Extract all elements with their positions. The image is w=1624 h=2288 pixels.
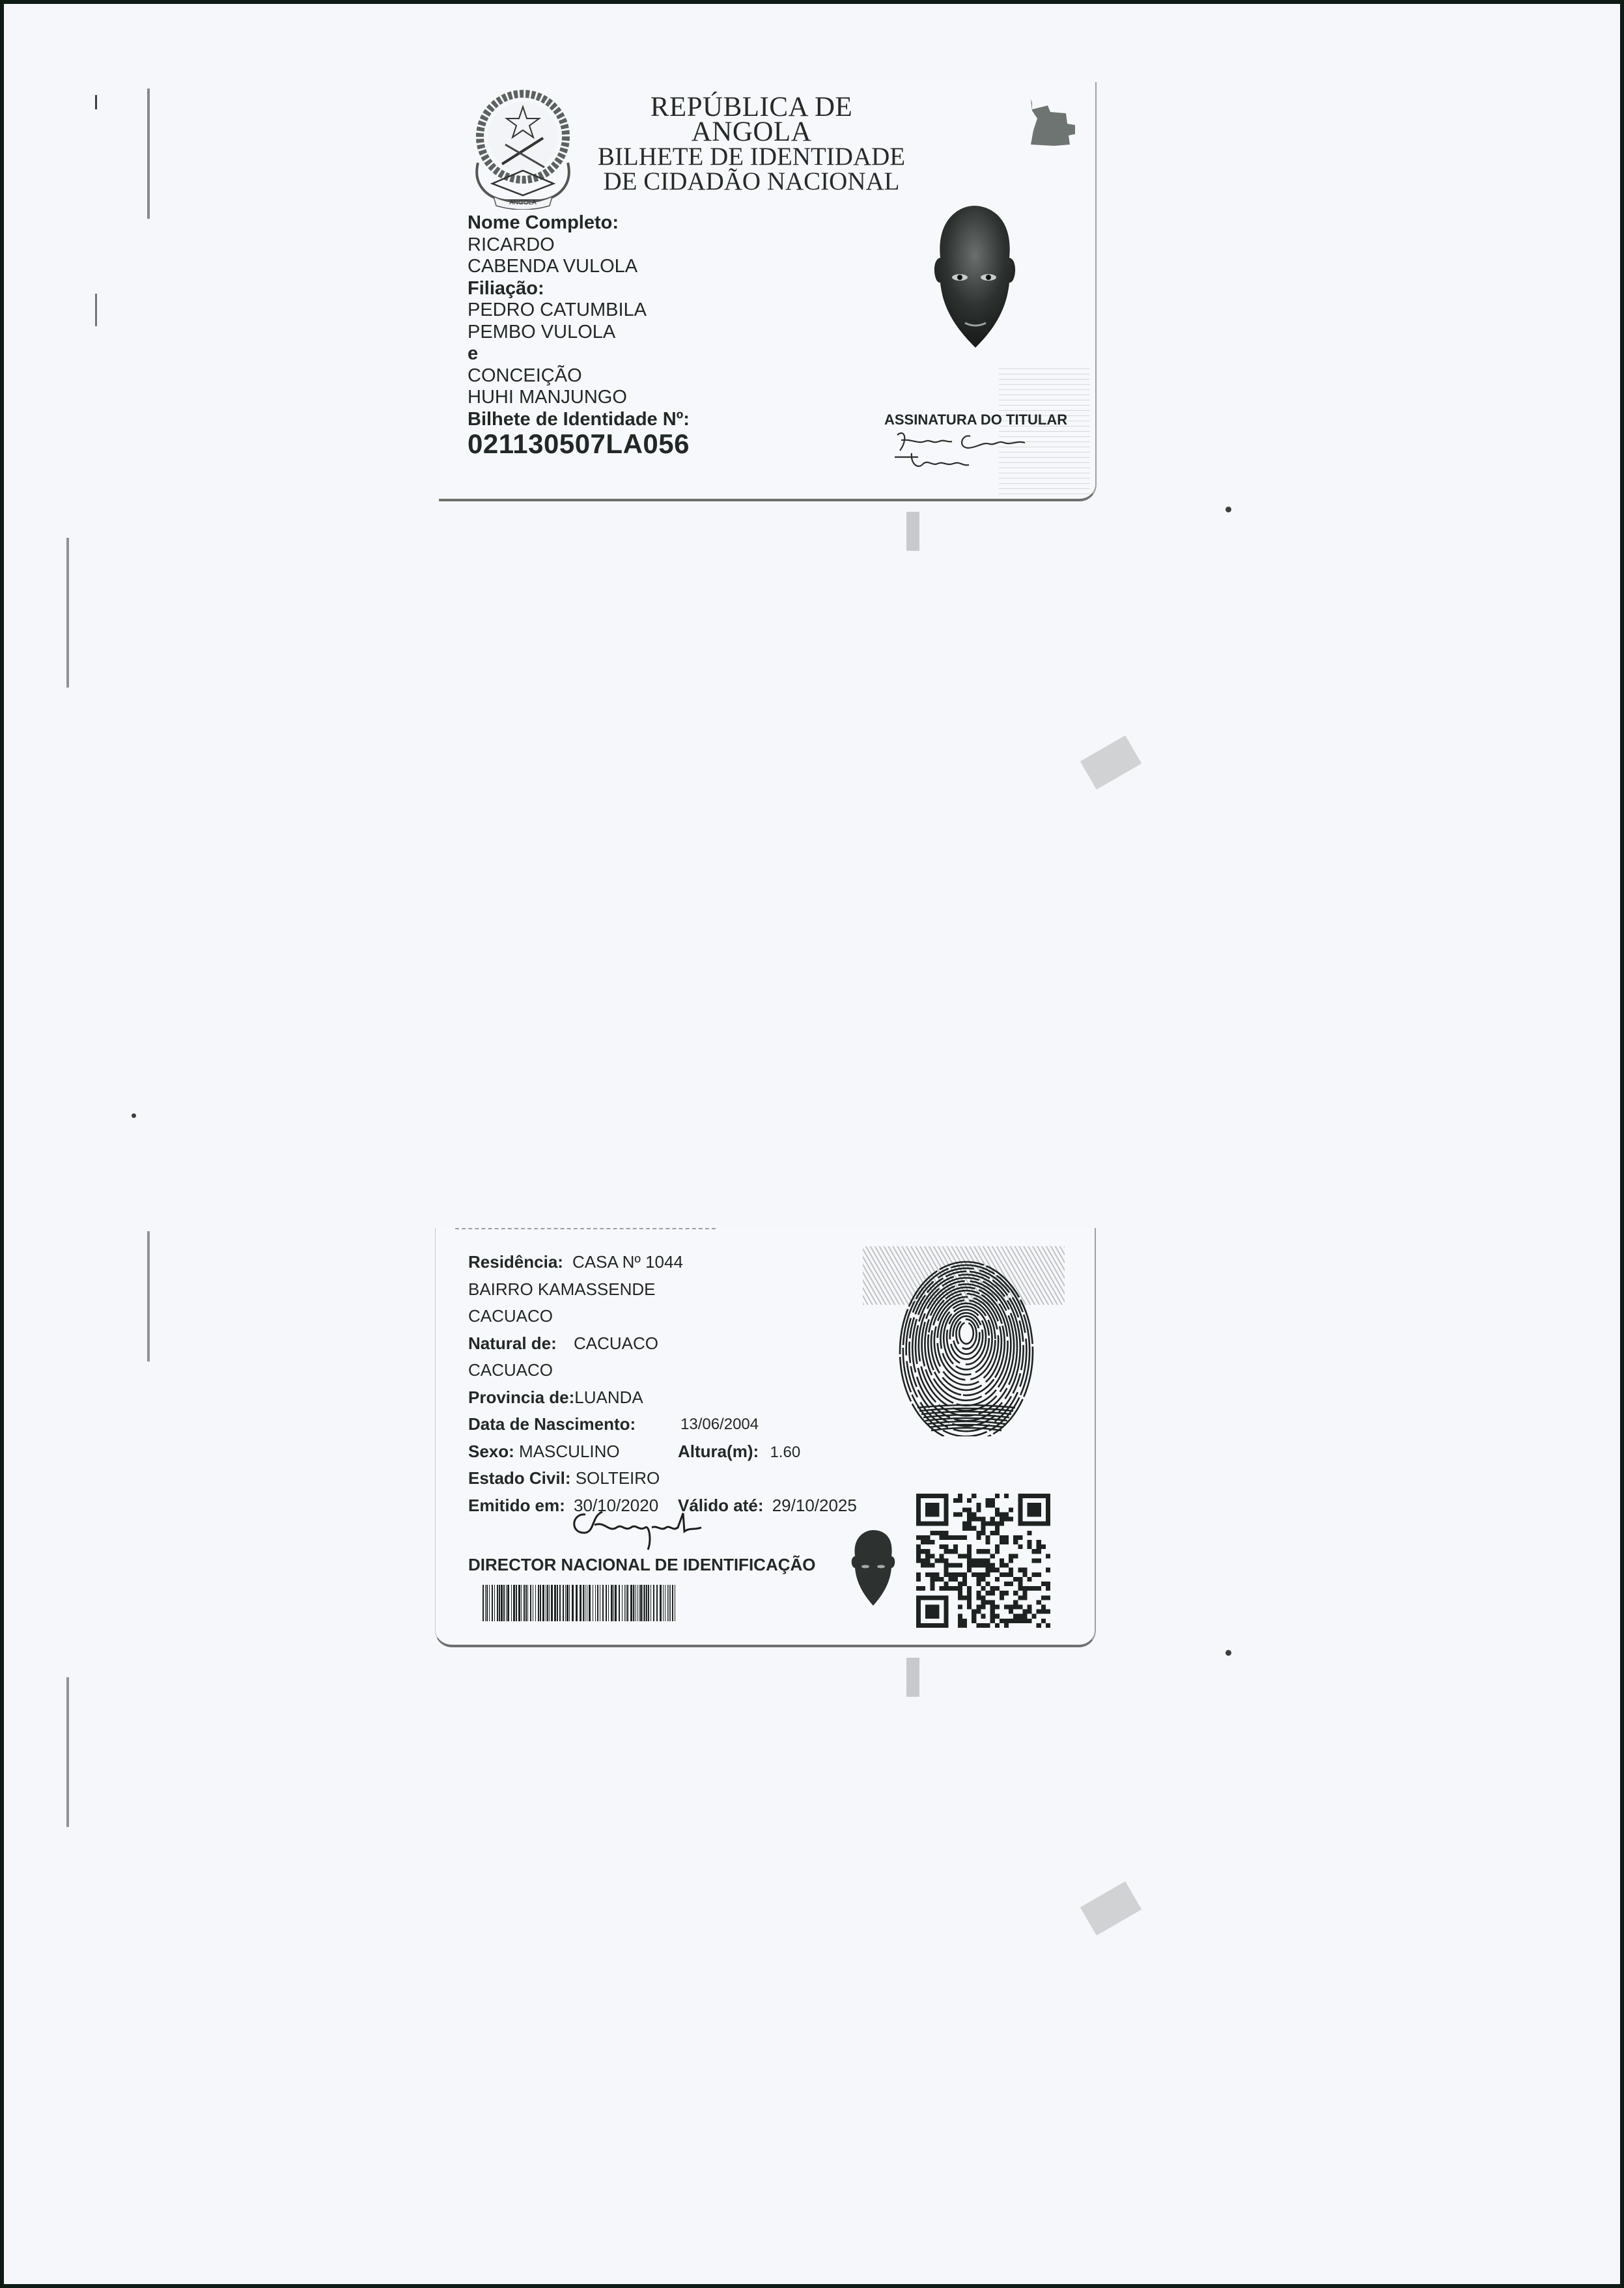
residence-line1: CASA Nº 1044 bbox=[572, 1249, 683, 1276]
director-title: DIRECTOR NACIONAL DE IDENTIFICAÇÃO bbox=[468, 1555, 816, 1575]
birthplace-label: Natural de: bbox=[468, 1333, 557, 1353]
province-row: Provincia de:LUANDA bbox=[468, 1384, 660, 1412]
scan-noise bbox=[132, 1113, 136, 1118]
scan-noise bbox=[66, 538, 69, 688]
civil-status-value: SOLTEIRO bbox=[576, 1468, 660, 1488]
scan-noise bbox=[906, 1658, 919, 1697]
province-value: LUANDA bbox=[574, 1388, 643, 1407]
scan-noise bbox=[1225, 507, 1231, 512]
id-number-label: Bilhete de Identidade Nº: bbox=[468, 409, 690, 431]
sex-height-row: Sexo: MASCULINO Altura(m): 1.60 bbox=[468, 1438, 660, 1466]
scan-noise bbox=[147, 89, 150, 219]
scanned-page: ANGOLA REPÚBLICA DE ANGOLA BILHETE DE ID… bbox=[4, 4, 1620, 2284]
full-name-label: Nome Completo: bbox=[468, 212, 690, 234]
birthplace-line2: CACUACO bbox=[468, 1360, 553, 1380]
barcode bbox=[483, 1585, 675, 1621]
sex-label: Sexo: bbox=[468, 1442, 514, 1461]
height-group: Altura(m): 1.60 bbox=[678, 1438, 800, 1466]
dob-label: Data de Nascimento: bbox=[468, 1414, 636, 1434]
card-edge bbox=[455, 1228, 716, 1231]
card-header: REPÚBLICA DE ANGOLA BILHETE DE IDENTIDAD… bbox=[589, 95, 914, 194]
holder-mini-portrait bbox=[846, 1528, 899, 1608]
holder-back-details: Residência: CASA Nº 1044 BAIRRO KAMASSEN… bbox=[468, 1249, 660, 1519]
parentage-conjunction: e bbox=[468, 343, 690, 365]
civil-status-row: Estado Civil: SOLTEIRO bbox=[468, 1465, 660, 1492]
svg-text:ANGOLA: ANGOLA bbox=[509, 199, 537, 206]
scan-noise bbox=[147, 1231, 150, 1361]
header-doc-type: BILHETE DE IDENTIDADE bbox=[589, 145, 914, 169]
header-country: REPÚBLICA DE ANGOLA bbox=[589, 95, 914, 145]
height-value: 1.60 bbox=[770, 1444, 800, 1461]
id-number: 021130507LA056 bbox=[468, 433, 690, 455]
scan-noise bbox=[95, 95, 97, 109]
province-label: Provincia de: bbox=[468, 1388, 574, 1407]
angola-map-icon bbox=[1028, 98, 1080, 151]
scan-noise bbox=[1080, 735, 1141, 789]
residence-label: Residência: bbox=[468, 1252, 563, 1272]
birthplace-row: Natural de: CACUACO bbox=[468, 1330, 660, 1358]
father-name-line1: PEDRO CATUMBILA bbox=[468, 300, 690, 322]
scan-noise bbox=[1225, 1650, 1231, 1656]
mother-name-line1: CONCEIÇÃO bbox=[468, 365, 690, 387]
sex-value: MASCULINO bbox=[519, 1442, 620, 1461]
scan-noise bbox=[1080, 1881, 1141, 1935]
id-card-front: ANGOLA REPÚBLICA DE ANGOLA BILHETE DE ID… bbox=[439, 82, 1097, 501]
dob-row: Data de Nascimento: 13/06/2004 bbox=[468, 1411, 660, 1438]
holder-signature-label: ASSINATURA DO TITULAR bbox=[884, 412, 1067, 428]
holder-signature bbox=[892, 427, 1042, 479]
full-name-line2: CABENDA VULOLA bbox=[468, 256, 690, 278]
holder-portrait-photo bbox=[921, 199, 1028, 356]
height-label: Altura(m): bbox=[678, 1442, 759, 1461]
scan-noise bbox=[95, 294, 97, 326]
id-card-back: Residência: CASA Nº 1044 BAIRRO KAMASSEN… bbox=[435, 1228, 1096, 1647]
residence-line2: BAIRRO KAMASSENDE bbox=[468, 1279, 656, 1299]
valid-value: 29/10/2025 bbox=[772, 1496, 857, 1515]
angola-coat-of-arms-icon: ANGOLA bbox=[466, 86, 580, 210]
residence-row: Residência: CASA Nº 1044 bbox=[468, 1249, 660, 1276]
civil-status-label: Estado Civil: bbox=[468, 1468, 570, 1488]
dob-value: 13/06/2004 bbox=[680, 1411, 759, 1438]
header-doc-subtype: DE CIDADÃO NACIONAL bbox=[589, 169, 914, 194]
mother-name-line2: HUHI MANJUNGO bbox=[468, 387, 690, 409]
qr-code bbox=[916, 1494, 1050, 1628]
birthplace-line1: CACUACO bbox=[574, 1330, 658, 1358]
scan-noise bbox=[66, 1677, 69, 1827]
full-name-line1: RICARDO bbox=[468, 234, 690, 257]
residence-line3: CACUACO bbox=[468, 1306, 553, 1326]
issued-label: Emitido em: bbox=[468, 1496, 565, 1515]
director-signature bbox=[566, 1501, 729, 1554]
holder-details: Nome Completo: RICARDO CABENDA VULOLA Fi… bbox=[468, 212, 690, 455]
scan-noise bbox=[906, 512, 919, 551]
fingerprint-image bbox=[898, 1254, 1035, 1436]
father-name-line2: PEMBO VULOLA bbox=[468, 322, 690, 344]
parentage-label: Filiação: bbox=[468, 278, 690, 300]
